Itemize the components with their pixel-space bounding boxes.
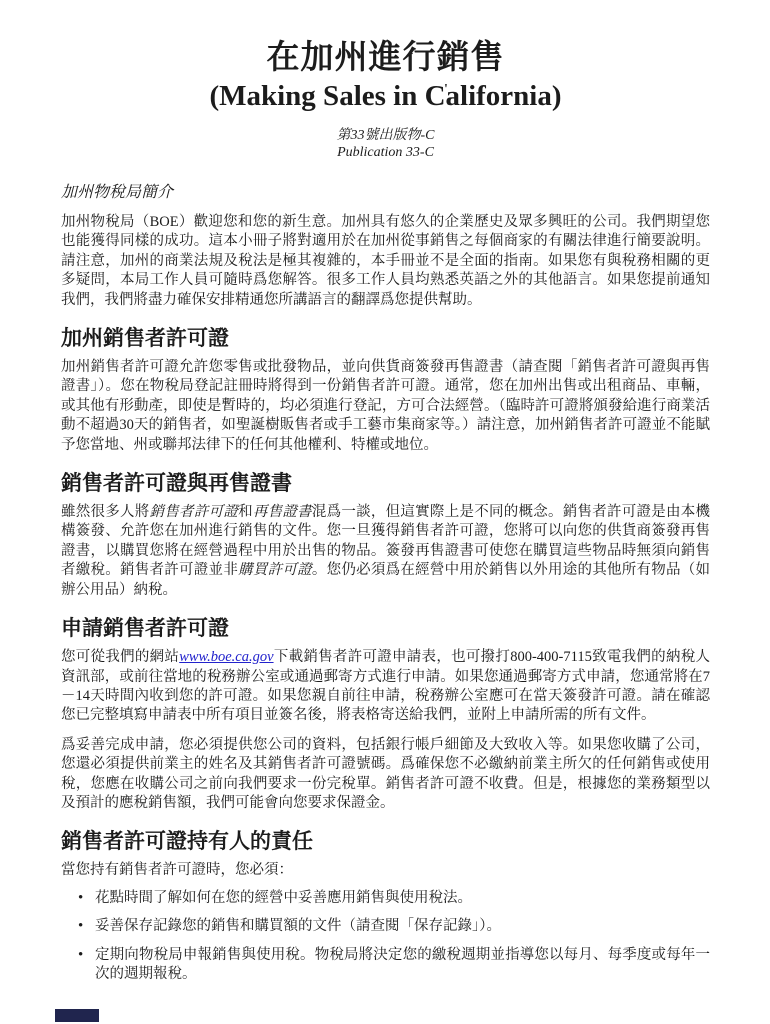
intro-heading: 加州物稅局簡介 — [61, 183, 710, 203]
bullet-item-keep-records: 妥善保存記錄您的銷售和購買額的文件（請查閱「保存記錄」）。 — [95, 917, 710, 936]
document-content: 在加州進行銷售 (Making Sales in California) 第33… — [0, 0, 770, 984]
scan-artifact-mark: ' — [444, 82, 448, 98]
section-heading-responsibilities: 銷售者許可證持有人的責任 — [61, 828, 710, 855]
text-run: 和 — [238, 504, 253, 520]
section-sellers-permit: 加州銷售者許可證 加州銷售者許可證允許您零售或批發物品，並向供貨商簽發再售證書（… — [61, 325, 710, 455]
boe-website-link[interactable]: www.boe.ca.gov — [179, 649, 273, 665]
document-title-en: (Making Sales in California) — [61, 79, 710, 113]
apply-paragraph-2: 爲妥善完成申請，您必須提供您公司的資料，包括銀行帳戶細節及大致收入等。如果您收購… — [61, 736, 710, 814]
publication-number-zh: 第33號出版物-C — [61, 127, 710, 144]
page-footer-mark — [55, 1009, 99, 1022]
title-block: 在加州進行銷售 (Making Sales in California) — [61, 40, 710, 113]
emphasis-text: 銷售者許可證 — [150, 504, 239, 520]
apply-paragraph-1: 您可從我們的網站www.boe.ca.gov下載銷售者許可證申請表，也可撥打80… — [61, 648, 710, 726]
text-run: 您可從我們的網站 — [61, 649, 179, 665]
emphasis-text: 購買許可證 — [238, 562, 312, 578]
intro-paragraph: 加州物稅局（BOE）歡迎您和您的新生意。加州具有悠久的企業歷史及眾多興旺的公司。… — [61, 213, 710, 310]
publication-block: 第33號出版物-C Publication 33-C — [61, 127, 710, 161]
emphasis-text: 再售證書 — [253, 504, 312, 520]
document-page: 在加州進行銷售 (Making Sales in California) 第33… — [0, 0, 770, 1024]
section-permit-holder-responsibilities: 銷售者許可證持有人的責任 當您持有銷售者許可證時，您必須： 花點時間了解如何在您… — [61, 828, 710, 984]
sellers-permit-paragraph: 加州銷售者許可證允許您零售或批發物品，並向供貨商簽發再售證書（請查閱「銷售者許可… — [61, 358, 710, 455]
section-permit-vs-resale-certificate: 銷售者許可證與再售證書 雖然很多人將銷售者許可證和再售證書混爲一談，但這實際上是… — [61, 470, 710, 600]
publication-number-en: Publication 33-C — [61, 144, 710, 161]
permit-vs-resale-paragraph: 雖然很多人將銷售者許可證和再售證書混爲一談，但這實際上是不同的概念。銷售者許可證… — [61, 503, 710, 600]
bullet-item-file-returns: 定期向物稅局申報銷售與使用稅。物稅局將決定您的繳稅週期並指導您以每月、每季度或每… — [95, 946, 710, 985]
section-apply-for-permit: 申請銷售者許可證 您可從我們的網站www.boe.ca.gov下載銷售者許可證申… — [61, 615, 710, 813]
document-title-zh: 在加州進行銷售 — [61, 40, 710, 77]
bullet-item-tax-law: 花點時間了解如何在您的經營中妥善應用銷售與使用稅法。 — [95, 889, 710, 908]
section-heading-permit-vs-resale: 銷售者許可證與再售證書 — [61, 470, 710, 497]
responsibilities-bullet-list: 花點時間了解如何在您的經營中妥善應用銷售與使用稅法。 妥善保存記錄您的銷售和購買… — [61, 889, 710, 985]
text-run: 雖然很多人將 — [61, 504, 150, 520]
responsibilities-lead: 當您持有銷售者許可證時，您必須： — [61, 861, 710, 880]
section-heading-sellers-permit: 加州銷售者許可證 — [61, 325, 710, 352]
section-heading-apply: 申請銷售者許可證 — [61, 615, 710, 642]
